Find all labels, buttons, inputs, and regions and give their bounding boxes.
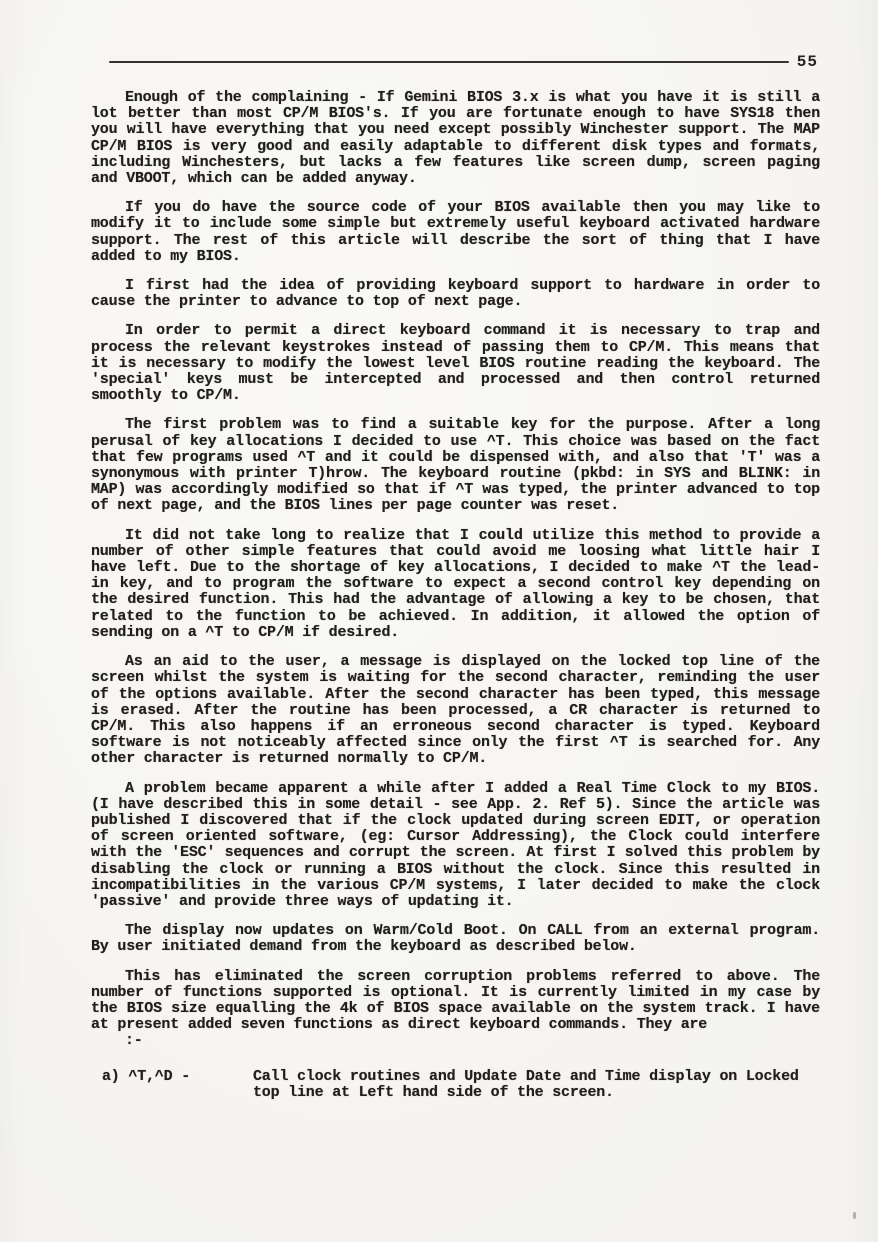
paragraph-9: The display now updates on Warm/Cold Boo… xyxy=(91,923,820,955)
page-number: 55 xyxy=(797,54,818,70)
document-page: 55 Enough of the complaining - If Gemini… xyxy=(0,0,878,1242)
paragraph-2: If you do have the source code of your B… xyxy=(91,200,820,265)
paragraph-10-text: This has eliminated the screen corruptio… xyxy=(91,968,820,1034)
command-key-label: a) ^T,^D - xyxy=(91,1069,253,1085)
command-list: a) ^T,^D - Call clock routines and Updat… xyxy=(91,1069,820,1101)
paragraph-10: This has eliminated the screen corruptio… xyxy=(91,969,820,1050)
paragraph-1: Enough of the complaining - If Gemini BI… xyxy=(91,90,820,187)
page-header: 55 xyxy=(109,51,818,73)
command-item-a: a) ^T,^D - Call clock routines and Updat… xyxy=(91,1069,820,1101)
paragraph-3: I first had the idea of providing keyboa… xyxy=(91,278,820,310)
paragraph-4: In order to permit a direct keyboard com… xyxy=(91,323,820,404)
header-rule xyxy=(109,61,789,64)
paragraph-10-tail: :- xyxy=(91,1033,820,1049)
paragraph-7: As an aid to the user, a message is disp… xyxy=(91,654,820,767)
paragraph-5: The first problem was to find a suitable… xyxy=(91,417,820,514)
command-description: Call clock routines and Update Date and … xyxy=(253,1069,819,1101)
article-body: Enough of the complaining - If Gemini BI… xyxy=(91,90,820,1101)
scan-artifact-speck xyxy=(853,1212,856,1219)
paragraph-6: It did not take long to realize that I c… xyxy=(91,528,820,641)
paragraph-8: A problem became apparent a while after … xyxy=(91,781,820,911)
